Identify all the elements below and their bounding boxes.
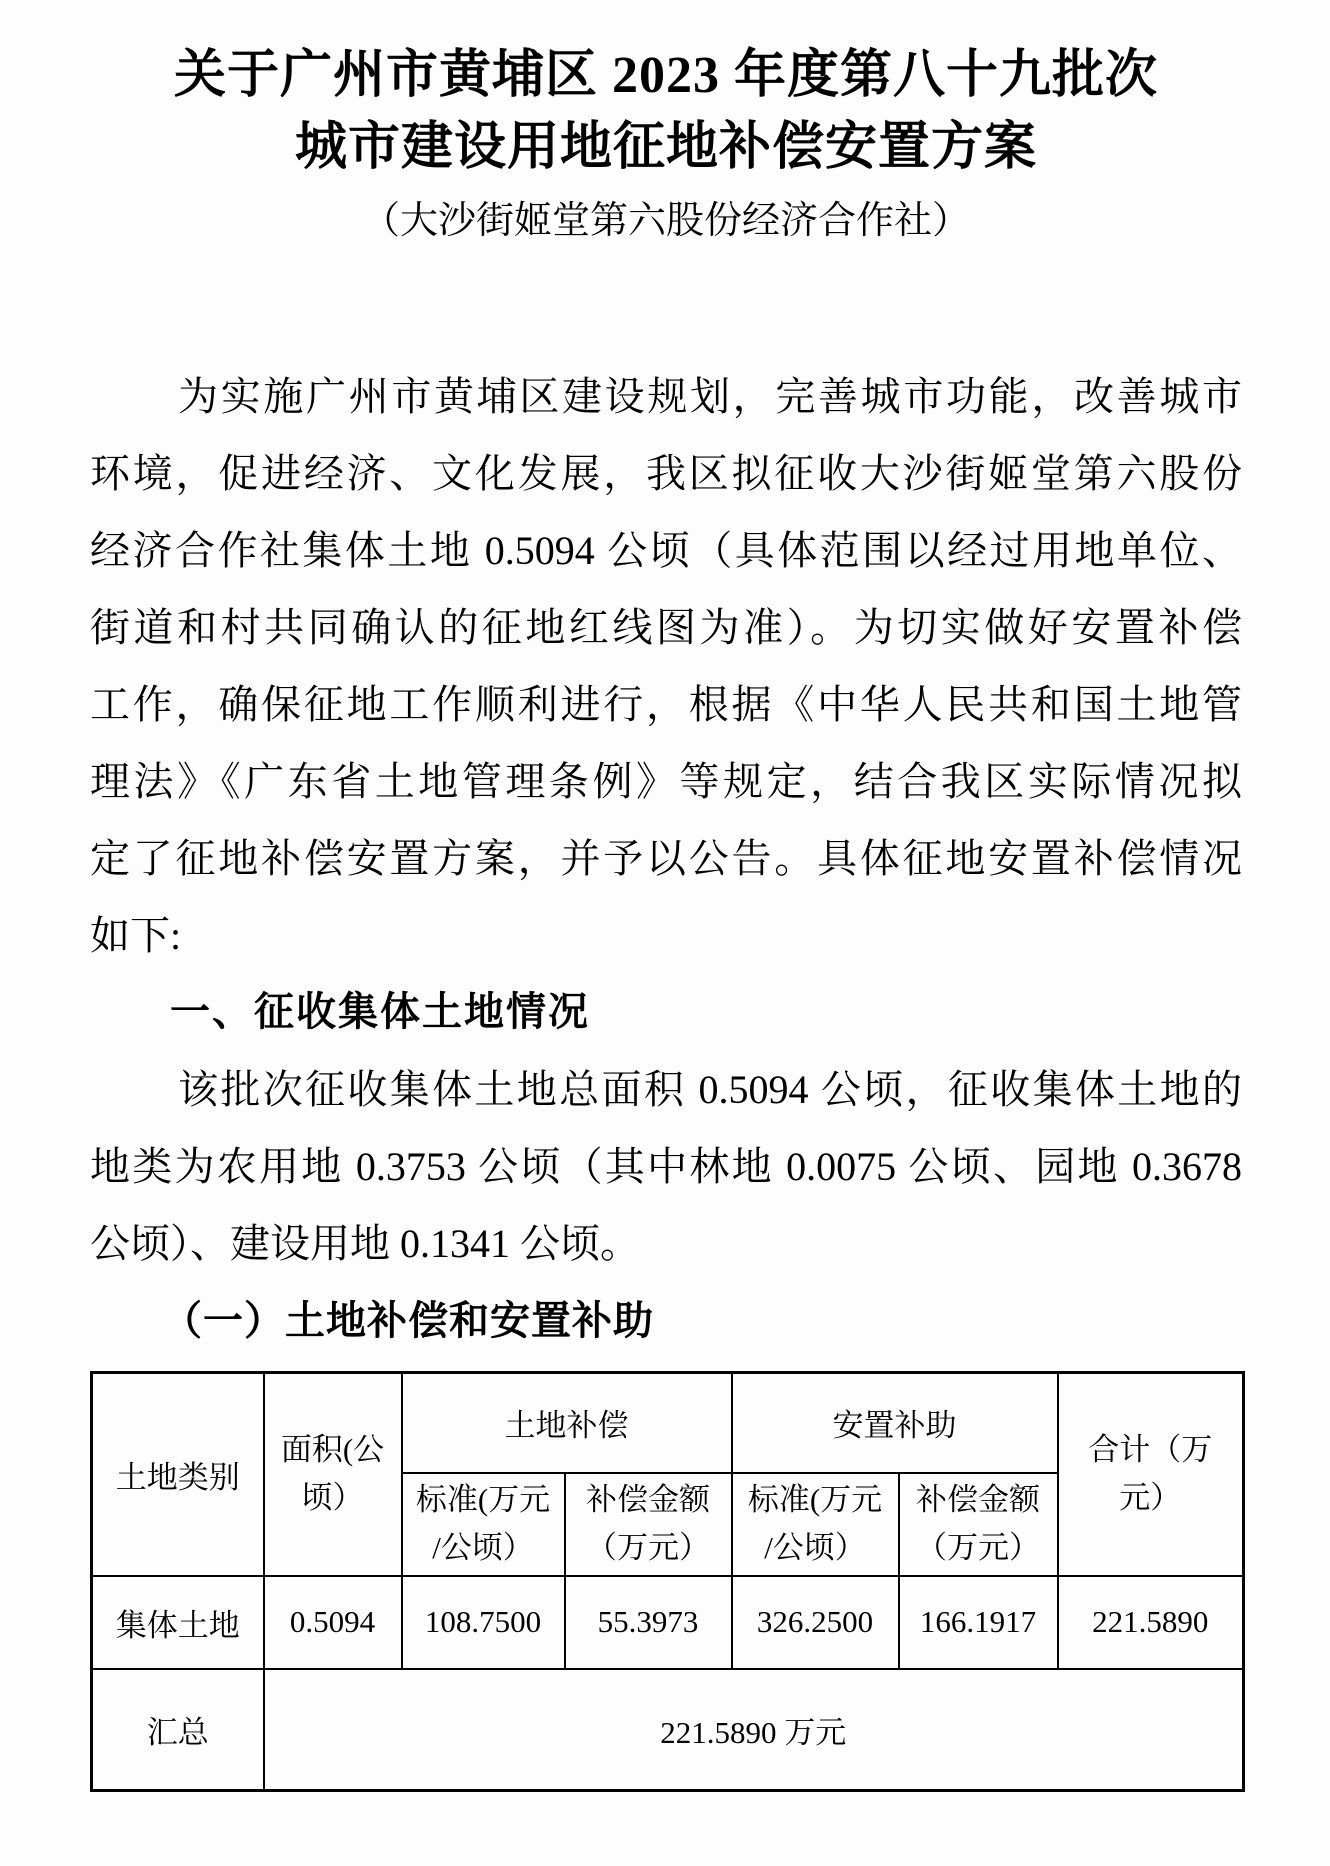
document-subtitle: （大沙街姬堂第六股份经济合作社）	[90, 194, 1242, 248]
document-page: 关于广州市黄埔区 2023 年度第八十九批次 城市建设用地征地补偿安置方案 （大…	[0, 0, 1330, 1866]
compensation-table: 土地类别 面积(公 顷） 土地补偿 安置补助 合计（万 元） 标准(万元 /公顷…	[90, 1371, 1245, 1792]
cell-land-amount: 55.3973	[565, 1576, 732, 1669]
para1-line-1: 为实施广州市黄埔区建设规划，完善城市功能，改善城市	[90, 358, 1242, 435]
header-land-amount: 补偿金额 （万元）	[565, 1473, 732, 1576]
para1-line-4: 街道和村共同确认的征地红线图为准）。为切实做好安置补偿	[90, 589, 1242, 666]
header-resettlement-group: 安置补助	[732, 1373, 1058, 1473]
summary-value: 221.5890 万元	[264, 1669, 1244, 1791]
cell-land-type: 集体土地	[92, 1576, 264, 1669]
header-resettle-amount: 补偿金额 （万元）	[899, 1473, 1058, 1576]
cell-total: 221.5890	[1058, 1576, 1244, 1669]
title-line-1: 关于广州市黄埔区 2023 年度第八十九批次	[90, 40, 1242, 112]
para1-line-7: 定了征地补偿安置方案，并予以公告。具体征地安置补偿情况	[90, 820, 1242, 897]
header-land-standard: 标准(万元 /公顷）	[402, 1473, 565, 1576]
table-row: 集体土地 0.5094 108.7500 55.3973 326.2500 16…	[92, 1576, 1244, 1669]
summary-label: 汇总	[92, 1669, 264, 1791]
para2-line-1: 该批次征收集体土地总面积 0.5094 公顷，征收集体土地的	[90, 1051, 1242, 1128]
subsection-heading: （一）土地补偿和安置补助	[90, 1282, 1242, 1359]
cell-resettle-amount: 166.1917	[899, 1576, 1058, 1669]
document-body: 为实施广州市黄埔区建设规划，完善城市功能，改善城市 环境，促进经济、文化发展，我…	[90, 358, 1242, 1359]
cell-area: 0.5094	[264, 1576, 402, 1669]
para1-line-6: 理法》《广东省土地管理条例》等规定，结合我区实际情况拟	[90, 743, 1242, 820]
para2-line-3: 公顷）、建设用地 0.1341 公顷。	[90, 1205, 1242, 1282]
header-area: 面积(公 顷）	[264, 1373, 402, 1576]
para1-line-2: 环境，促进经济、文化发展，我区拟征收大沙街姬堂第六股份	[90, 435, 1242, 512]
para1-line-8: 如下:	[90, 897, 1242, 974]
para1-line-5: 工作，确保征地工作顺利进行，根据《中华人民共和国土地管	[90, 666, 1242, 743]
section-heading: 一、征收集体土地情况	[90, 974, 1242, 1051]
para1-line-3: 经济合作社集体土地 0.5094 公顷（具体范围以经过用地单位、	[90, 512, 1242, 589]
header-land-type: 土地类别	[92, 1373, 264, 1576]
cell-resettle-standard: 326.2500	[732, 1576, 899, 1669]
document-title: 关于广州市黄埔区 2023 年度第八十九批次 城市建设用地征地补偿安置方案	[90, 40, 1242, 184]
header-land-compensation-group: 土地补偿	[402, 1373, 732, 1473]
cell-land-standard: 108.7500	[402, 1576, 565, 1669]
para2-line-2: 地类为农用地 0.3753 公顷（其中林地 0.0075 公顷、园地 0.367…	[90, 1128, 1242, 1205]
summary-row: 汇总 221.5890 万元	[92, 1669, 1244, 1791]
header-resettle-standard: 标准(万元 /公顷）	[732, 1473, 899, 1576]
title-line-2: 城市建设用地征地补偿安置方案	[90, 112, 1242, 184]
header-total: 合计（万 元）	[1058, 1373, 1244, 1576]
